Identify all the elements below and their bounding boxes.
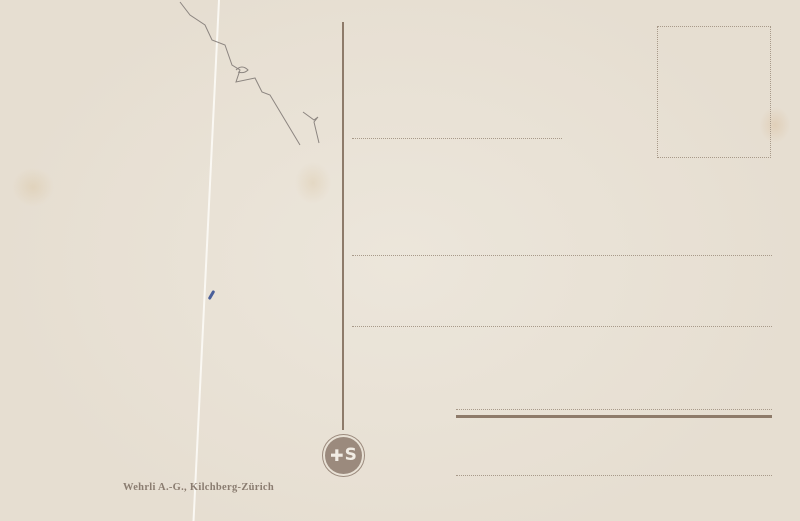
stamp-box xyxy=(657,26,771,158)
publisher-imprint: Wehrli A.-G., Kilchberg-Zürich xyxy=(123,482,274,493)
swiss-cross-s-logo-icon: ✚ S xyxy=(325,437,362,474)
postcard-back: ✚ S Wehrli A.-G., Kilchberg-Zürich xyxy=(0,0,800,521)
center-divider-line xyxy=(342,22,344,430)
address-line-5 xyxy=(456,475,772,476)
address-underline-solid xyxy=(456,415,772,418)
address-line-4 xyxy=(456,409,772,410)
address-line-3 xyxy=(352,326,772,327)
logo-letter: S xyxy=(345,447,357,464)
address-line-1 xyxy=(352,138,562,139)
cross-icon: ✚ xyxy=(330,448,343,464)
address-line-2 xyxy=(352,255,772,256)
